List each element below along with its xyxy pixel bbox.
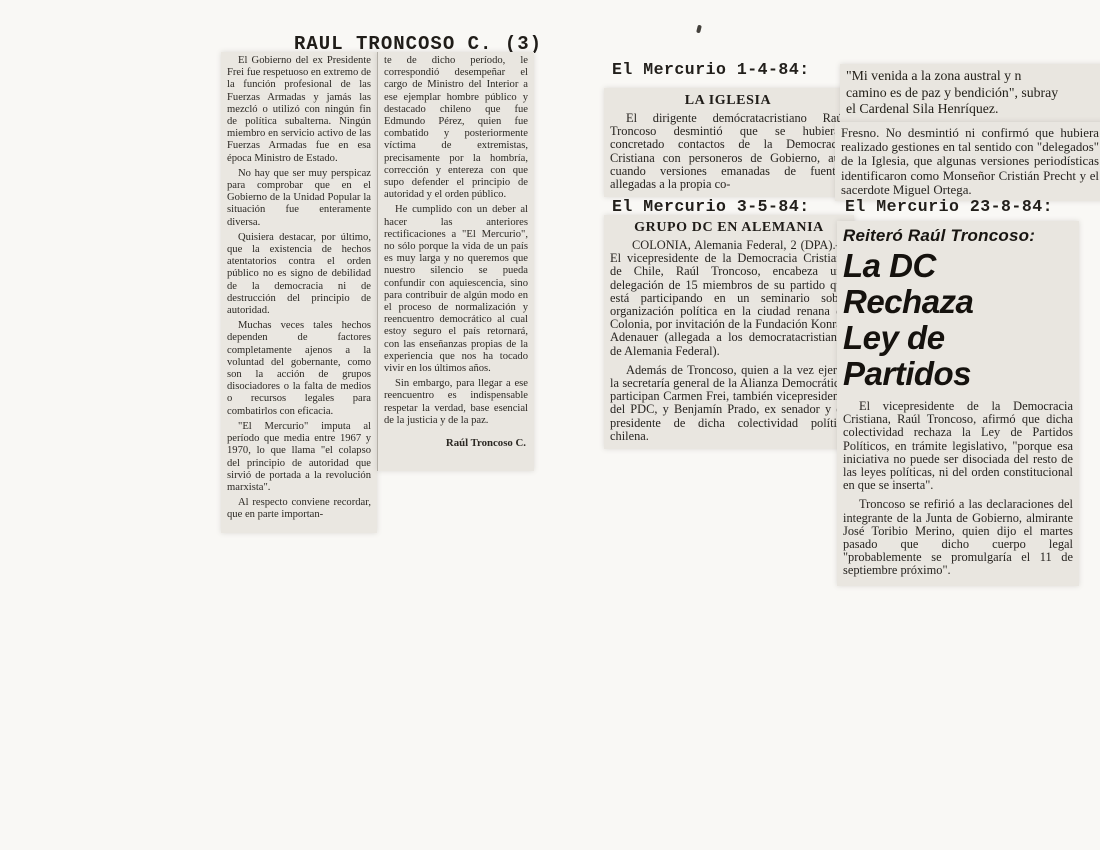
paragraph: Además de Troncoso, quien a la vez ejerc… bbox=[610, 364, 848, 443]
paragraph: El Gobierno del ex Presidente Frei fue r… bbox=[227, 55, 371, 165]
fragment-fresno: Fresno. No desmintió ni confirmó que hub… bbox=[835, 122, 1100, 201]
paragraph: Sin embargo, para llegar a ese reencuent… bbox=[384, 378, 528, 427]
article-heading: LA IGLESIA bbox=[610, 93, 846, 109]
headline-line-1: La DC Rechaza bbox=[843, 248, 1073, 320]
paragraph: te de dicho período, le correspondió des… bbox=[384, 55, 528, 201]
paragraph: El vicepresidente de la Democracia Crist… bbox=[843, 400, 1073, 492]
fragment-line: camino es de paz y bendición", subray bbox=[846, 85, 1100, 102]
left-clipping-column-1: El Gobierno del ex Presidente Frei fue r… bbox=[221, 52, 377, 533]
paragraph: COLONIA, Alemania Federal, 2 (DPA).— El … bbox=[610, 239, 848, 358]
headline: La DC Rechaza Ley de Partidos bbox=[843, 248, 1073, 392]
paragraph: He cumplido con un deber al hacer las an… bbox=[384, 204, 528, 375]
scan-speck bbox=[696, 25, 702, 34]
article-grupo-dc-alemania: GRUPO DC EN ALEMANIA COLONIA, Alemania F… bbox=[604, 215, 854, 449]
article-dc-rechaza-ley: Reiteró Raúl Troncoso: La DC Rechaza Ley… bbox=[837, 221, 1079, 586]
kicker: Reiteró Raúl Troncoso: bbox=[843, 226, 1073, 246]
fragment-quote: "Mi venida a la zona austral y n camino … bbox=[840, 64, 1100, 122]
article-body: El dirigente demócratacristiano Raúl Tro… bbox=[610, 112, 846, 191]
left-clipping: El Gobierno del ex Presidente Frei fue r… bbox=[221, 52, 534, 533]
fragment-line: el Cardenal Sila Henríquez. bbox=[846, 101, 1100, 118]
article-la-iglesia: LA IGLESIA El dirigente demócratacristia… bbox=[604, 88, 852, 197]
signature: Raúl Troncoso C. bbox=[384, 437, 528, 449]
article-heading: GRUPO DC EN ALEMANIA bbox=[610, 220, 848, 236]
dateline-mercurio-1-4-84: El Mercurio 1-4-84: bbox=[612, 60, 810, 79]
headline-line-2: Ley de Partidos bbox=[843, 320, 1073, 392]
dateline-mercurio-23-8-84: El Mercurio 23-8-84: bbox=[845, 197, 1053, 216]
left-clipping-column-2: te de dicho período, le correspondió des… bbox=[377, 52, 534, 471]
paragraph: Muchas veces tales hechos dependen de fa… bbox=[227, 320, 371, 418]
paragraph: No hay que ser muy perspicaz para compro… bbox=[227, 168, 371, 229]
paragraph: Fresno. No desmintió ni confirmó que hub… bbox=[841, 126, 1099, 197]
dateline-mercurio-3-5-84: El Mercurio 3-5-84: bbox=[612, 197, 810, 216]
paragraph: "El Mercurio" imputa al período que medi… bbox=[227, 421, 371, 494]
scanned-page: RAUL TRONCOSO C. (3) El Gobierno del ex … bbox=[0, 0, 1100, 850]
fragment-line: "Mi venida a la zona austral y n bbox=[846, 68, 1100, 85]
paragraph: Quisiera destacar, por último, que la ex… bbox=[227, 232, 371, 317]
paragraph: Troncoso se refirió a las declaraciones … bbox=[843, 498, 1073, 577]
paragraph: Al respecto conviene recordar, que en pa… bbox=[227, 497, 371, 521]
